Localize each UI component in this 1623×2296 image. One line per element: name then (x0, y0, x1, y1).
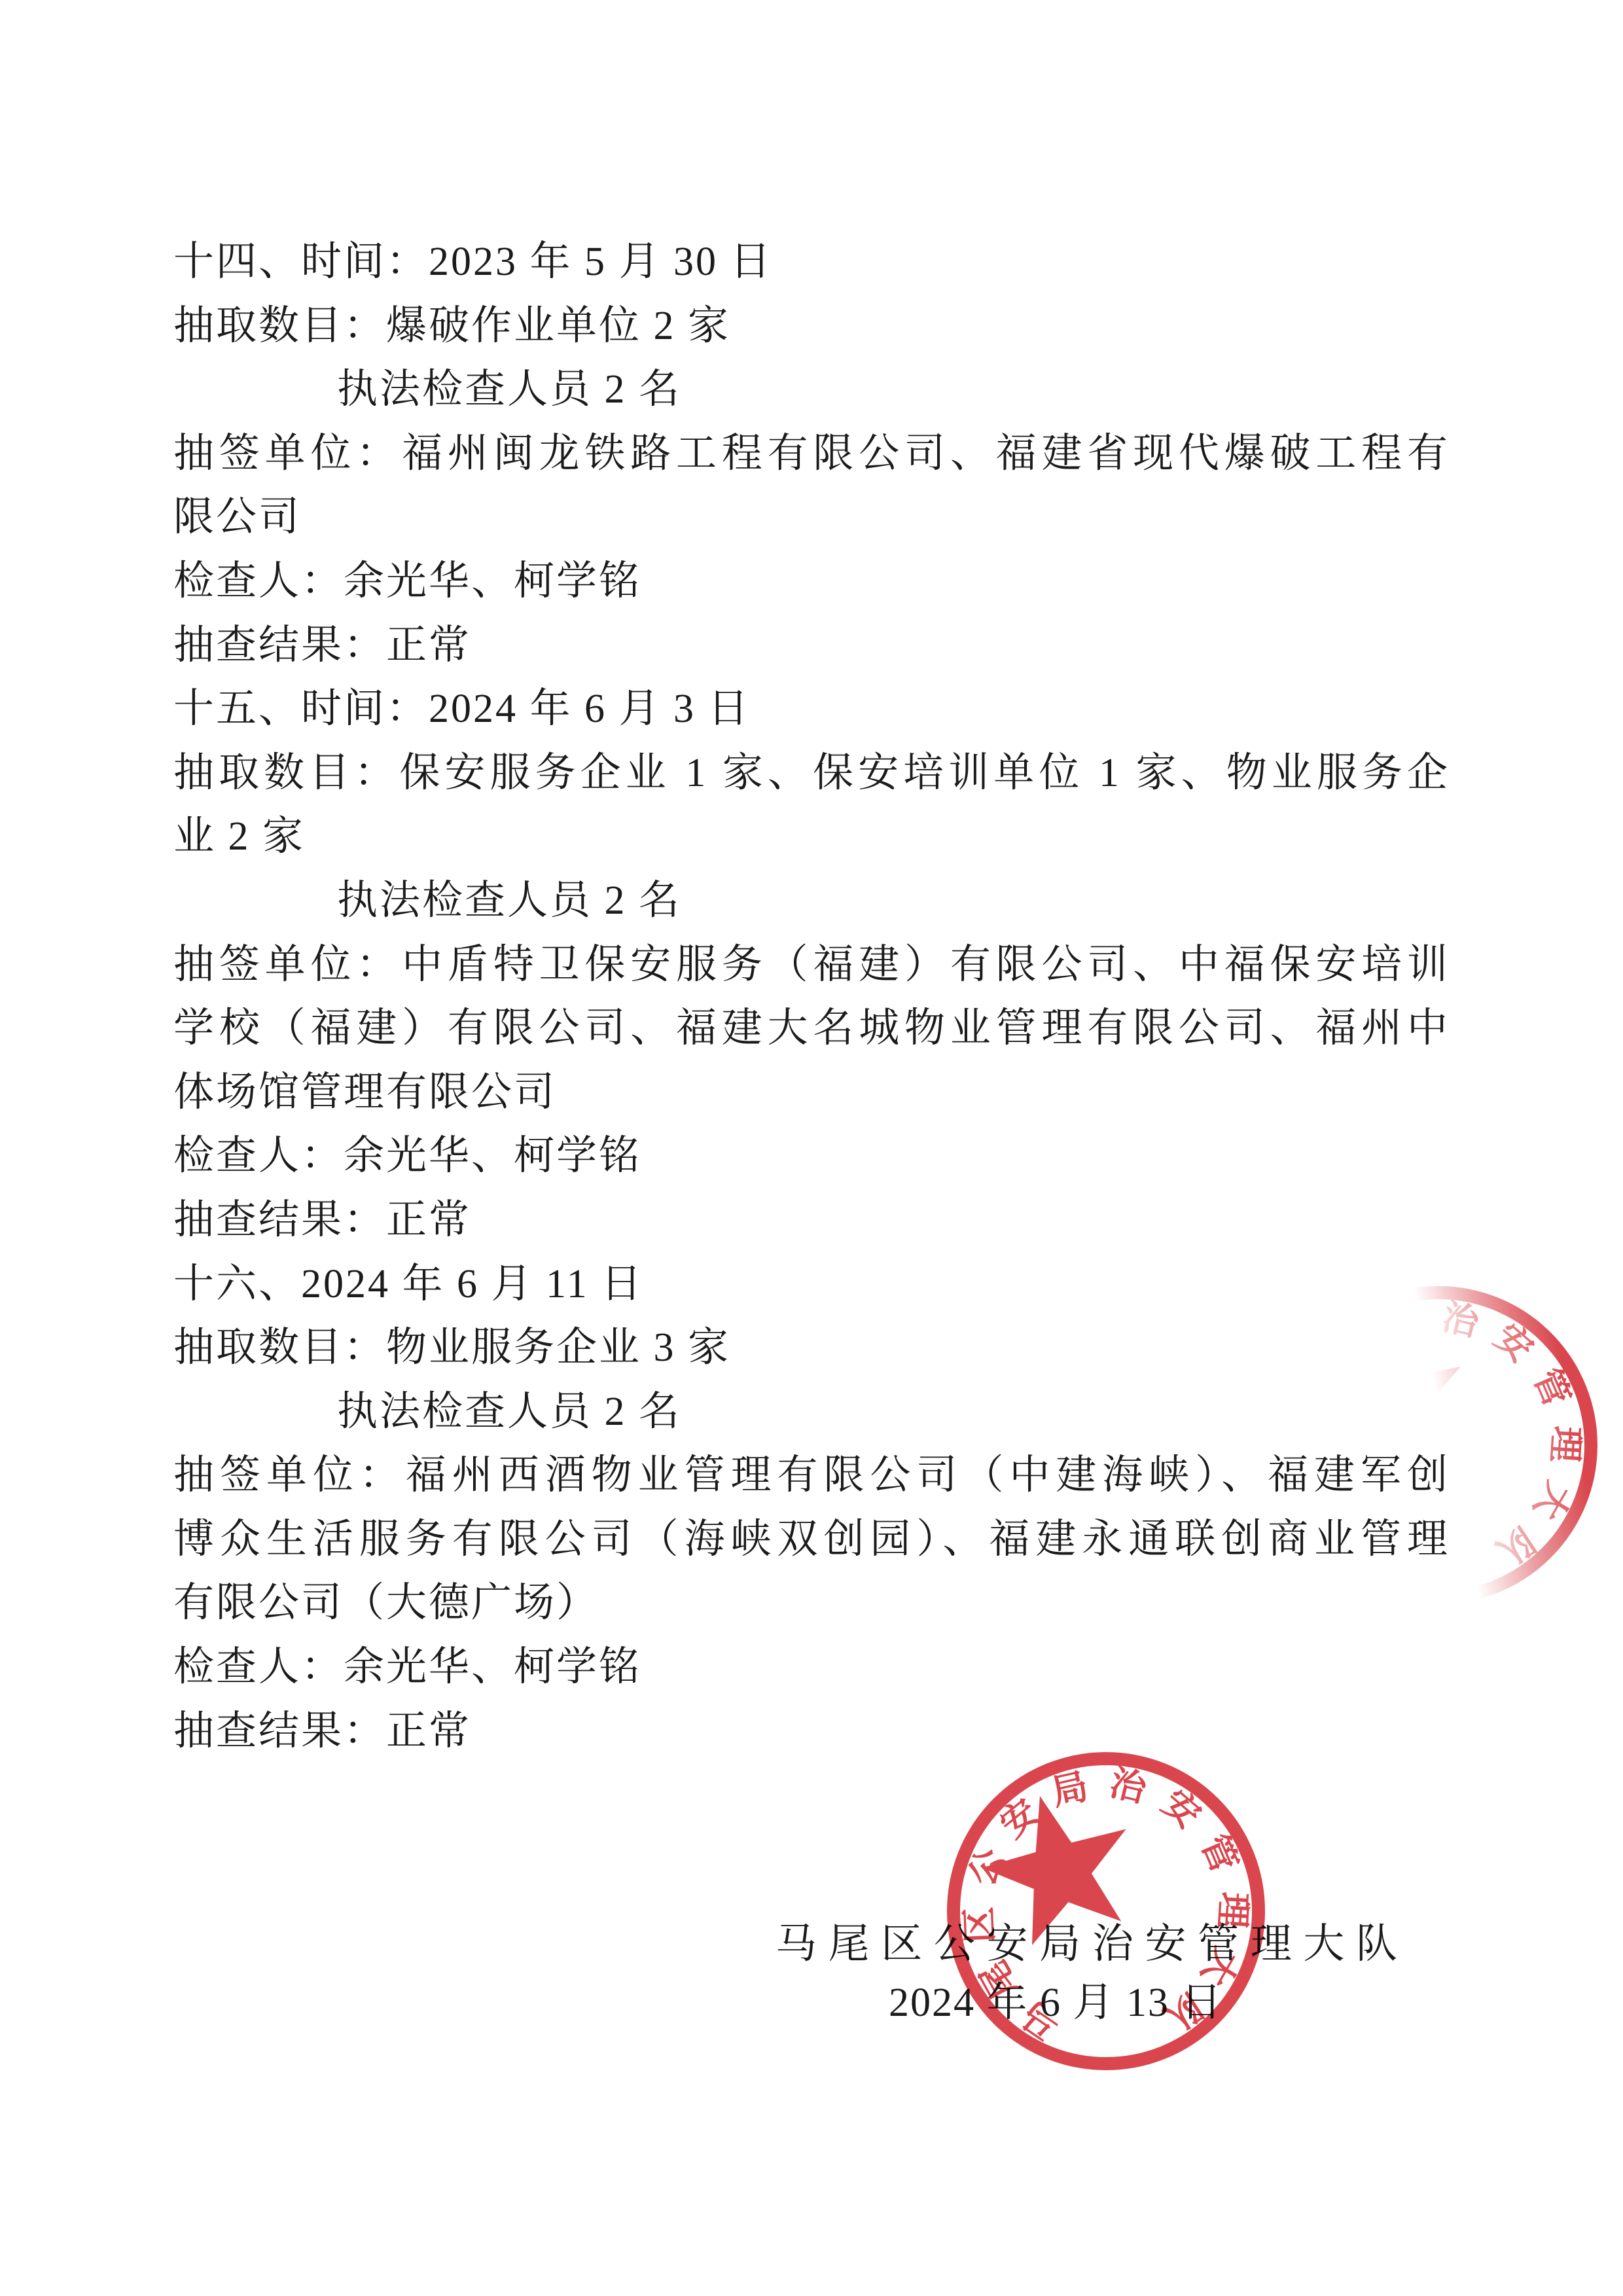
text-line: 抽签单位：福州西酒物业管理有限公司（中建海峡）、福建军创 (173, 1444, 1450, 1508)
official-seal-partial: 马尾区公安局治安管理大队 (1268, 1275, 1609, 1615)
text-line: 抽取数目：物业服务企业 3 家 (173, 1316, 1450, 1380)
text-line: 抽签单位：福州闽龙铁路工程有限公司、福建省现代爆破工程有 (173, 422, 1450, 486)
text-line: 体场馆管理有限公司 (173, 1061, 1450, 1125)
text-line: 抽取数目：保安服务企业 1 家、保安培训单位 1 家、物业服务企 (173, 742, 1450, 806)
text-line: 抽取数目：爆破作业单位 2 家 (173, 295, 1450, 359)
text-line: 学校（福建）有限公司、福建大名城物业管理有限公司、福州中 (173, 997, 1450, 1061)
official-seal-main: 马尾区公安局治安管理大队 (936, 1741, 1276, 2081)
text-line: 检查人：余光华、柯学铭 (173, 1124, 1450, 1189)
document-page: 十四、时间：2023 年 5 月 30 日抽取数目：爆破作业单位 2 家执法检查… (0, 0, 1623, 2296)
text-line: 抽查结果：正常 (173, 614, 1450, 678)
seal-icon: 马尾区公安局治安管理大队 (1268, 1275, 1609, 1615)
text-line: 抽签单位：中盾特卫保安服务（福建）有限公司、中福保安培训 (173, 933, 1450, 997)
text-line: 检查人：余光华、柯学铭 (173, 550, 1450, 614)
seal-icon: 马尾区公安局治安管理大队 (936, 1741, 1276, 2081)
text-line: 检查人：余光华、柯学铭 (173, 1636, 1450, 1700)
text-line: 十五、时间：2024 年 6 月 3 日 (173, 677, 1450, 742)
text-line: 十六、2024 年 6 月 11 日 (173, 1253, 1450, 1317)
text-line: 业 2 家 (173, 805, 1450, 869)
text-line: 博众生活服务有限公司（海峡双创园）、福建永通联创商业管理 (173, 1508, 1450, 1572)
text-line: 执法检查人员 2 名 (173, 358, 1450, 422)
text-line: 有限公司（大德广场） (173, 1571, 1450, 1636)
text-line: 限公司 (173, 486, 1450, 550)
text-line: 抽查结果：正常 (173, 1189, 1450, 1253)
text-line: 执法检查人员 2 名 (173, 869, 1450, 933)
text-line: 十四、时间：2023 年 5 月 30 日 (173, 230, 1450, 295)
text-line: 执法检查人员 2 名 (173, 1380, 1450, 1444)
document-lines: 十四、时间：2023 年 5 月 30 日抽取数目：爆破作业单位 2 家执法检查… (173, 230, 1450, 1763)
